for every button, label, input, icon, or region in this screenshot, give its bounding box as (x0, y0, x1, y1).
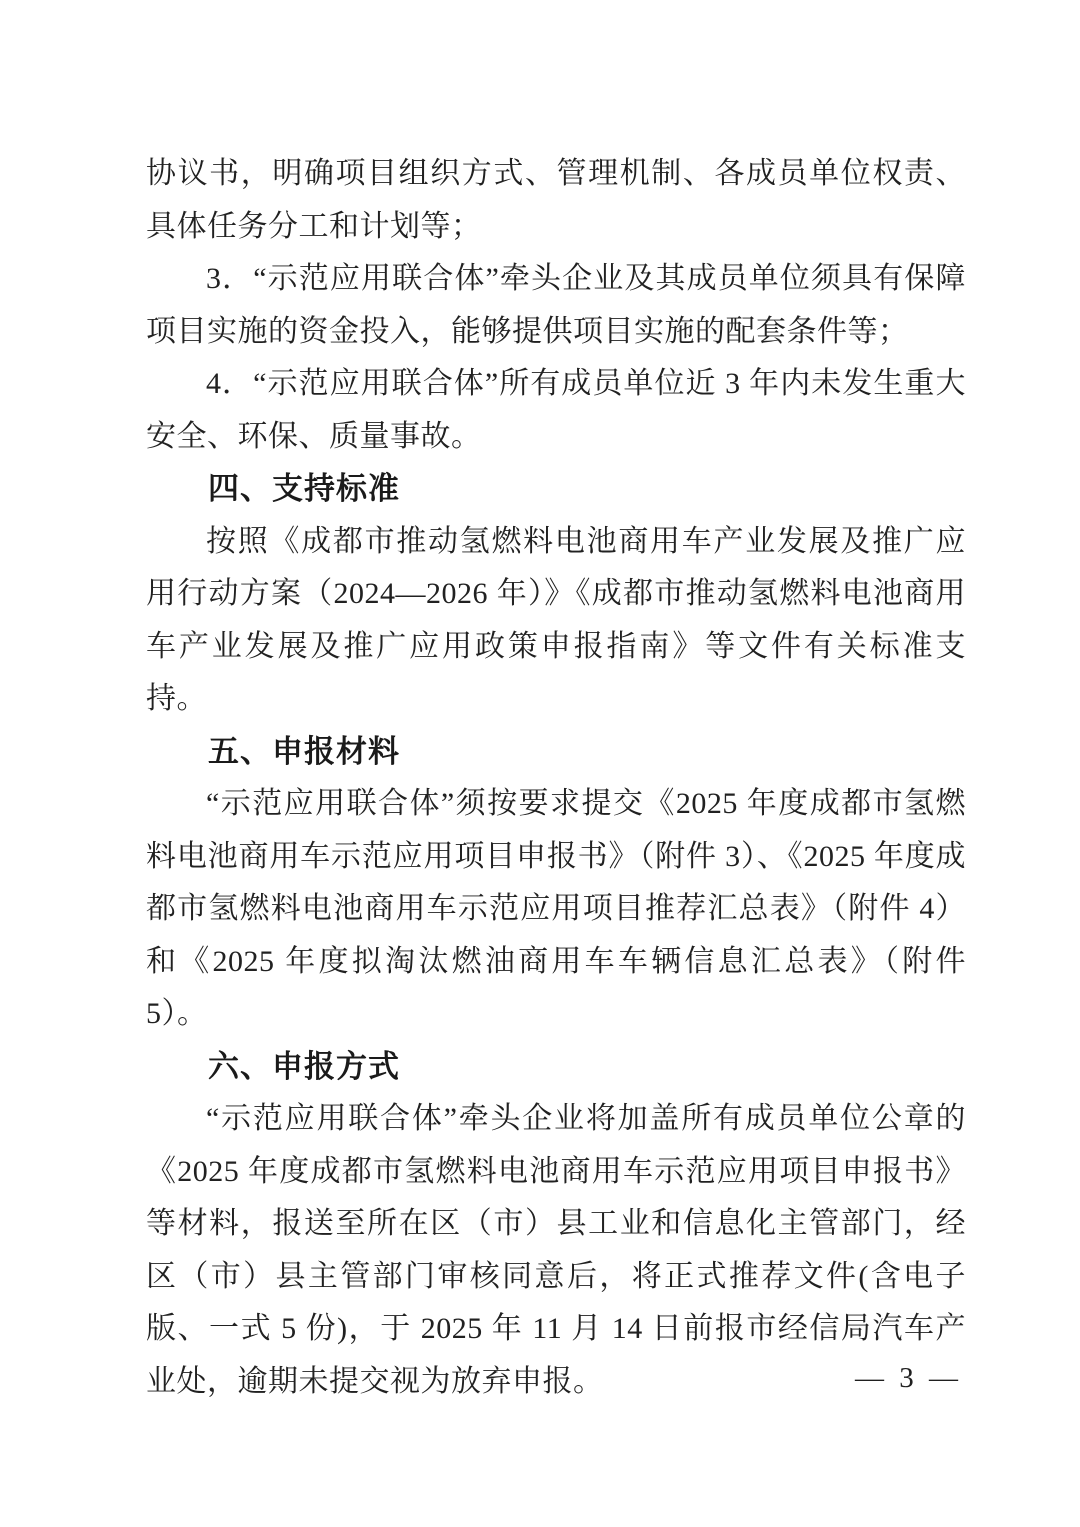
section-heading: 六、申报方式 (146, 1041, 966, 1094)
body-paragraph: 按照《成都市推动氢燃料电池商用车产业发展及推广应用行动方案（2024—2026 … (146, 516, 966, 726)
document-body: 协议书，明确项目组织方式、管理机制、各成员单位权责、具体任务分工和计划等；3．“… (146, 148, 966, 1408)
body-paragraph: 3．“示范应用联合体”牵头企业及其成员单位须具有保障项目实施的资金投入，能够提供… (146, 253, 966, 358)
page-number: — 3 — (855, 1362, 962, 1395)
body-paragraph: 协议书，明确项目组织方式、管理机制、各成员单位权责、具体任务分工和计划等； (146, 148, 966, 253)
body-paragraph: “示范应用联合体”须按要求提交《2025 年度成都市氢燃料电池商用车示范应用项目… (146, 778, 966, 1041)
body-paragraph: “示范应用联合体”牵头企业将加盖所有成员单位公章的《2025 年度成都市氢燃料电… (146, 1093, 966, 1408)
document-page: 协议书，明确项目组织方式、管理机制、各成员单位权责、具体任务分工和计划等；3．“… (0, 0, 1080, 1527)
section-heading: 四、支持标准 (146, 463, 966, 516)
body-paragraph: 4．“示范应用联合体”所有成员单位近 3 年内未发生重大安全、环保、质量事故。 (146, 358, 966, 463)
section-heading: 五、申报材料 (146, 726, 966, 779)
